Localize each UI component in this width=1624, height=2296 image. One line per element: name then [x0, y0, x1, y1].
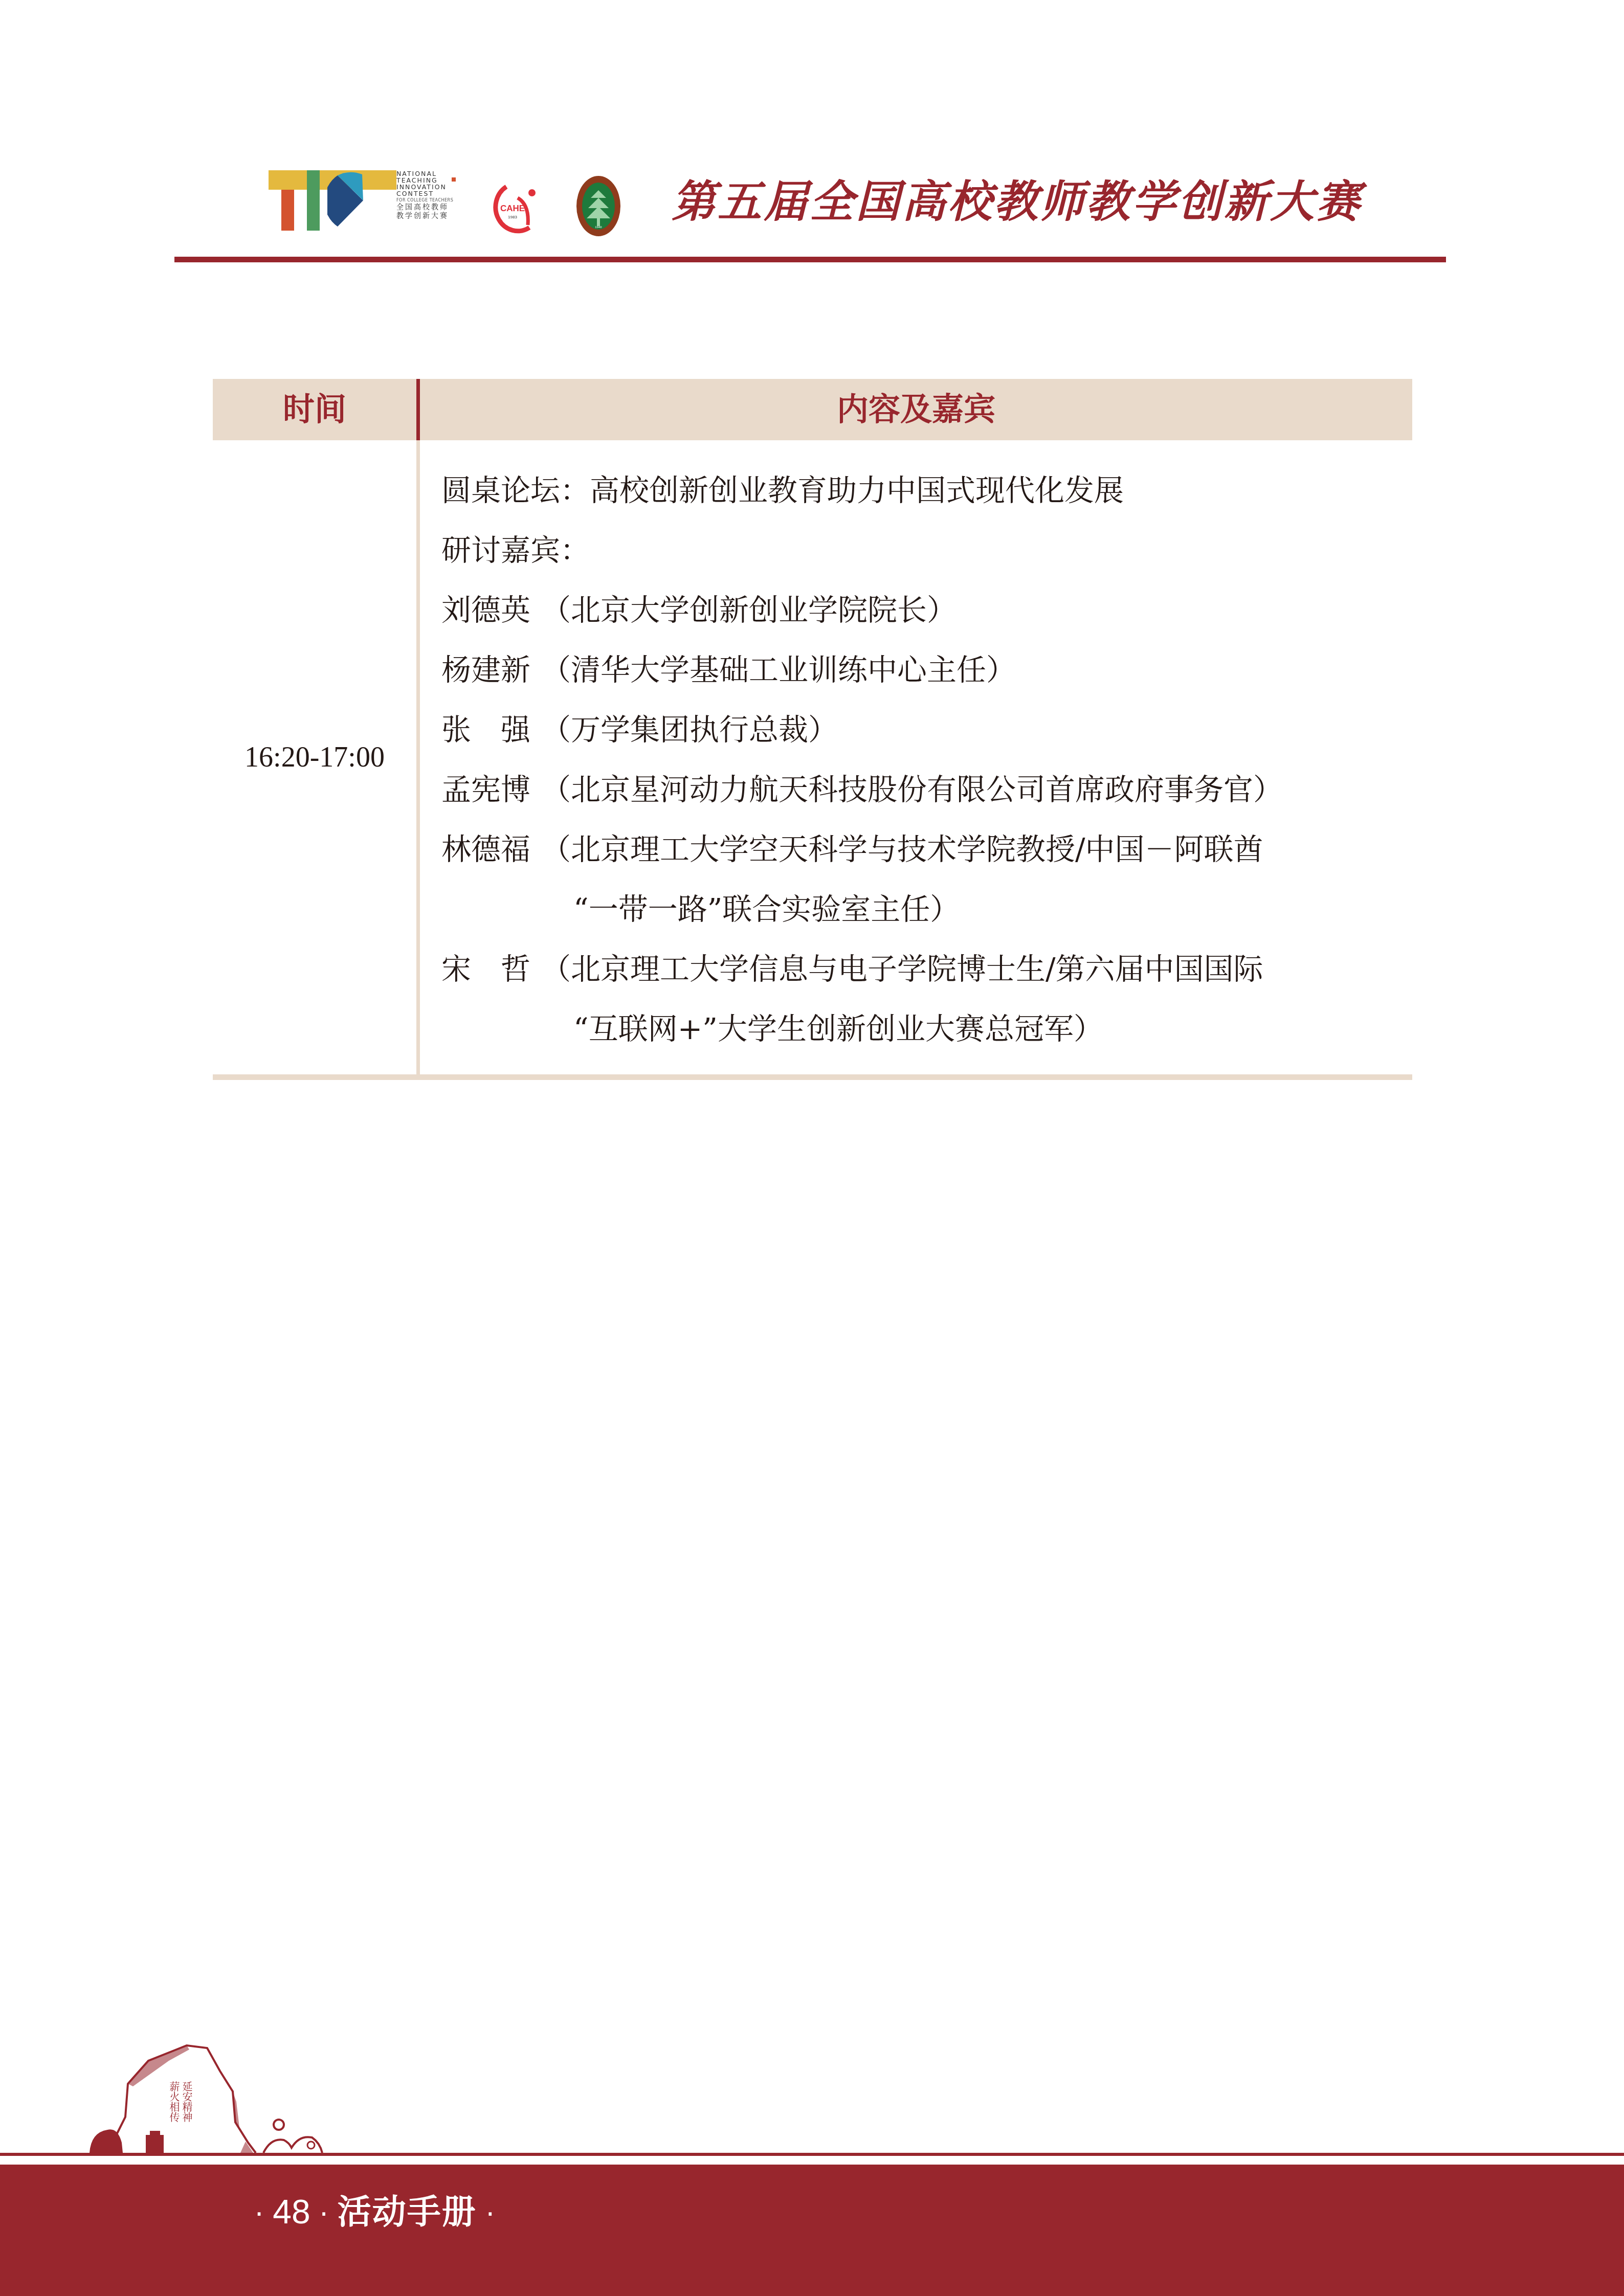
- tic-logo-orange-bar: [281, 190, 294, 231]
- svg-text:1940: 1940: [595, 226, 602, 229]
- separator-dot: ·: [310, 2198, 338, 2230]
- page-footer-label: ·48·活动手册·: [246, 2186, 504, 2237]
- svg-text:延安精神: 延安精神: [181, 2081, 193, 2122]
- tic-logo-c-shape-icon: [327, 170, 363, 231]
- time-cell: 16:20-17:00: [213, 440, 416, 1074]
- section-name: 活动手册: [338, 2192, 477, 2232]
- guest-name: 杨建新: [441, 640, 541, 700]
- yanan-pagoda-hill-illustration-icon: 延安精神 薪火相传: [51, 2040, 368, 2154]
- page-number: 48: [273, 2193, 310, 2231]
- separator-dot: ·: [477, 2198, 504, 2230]
- svg-text:薪火相传: 薪火相传: [168, 2081, 180, 2122]
- guest-role: （北京大学创新创业学院院长）: [541, 593, 956, 627]
- tic-logo-line4: CONTEST: [396, 190, 468, 197]
- guest-name: 孟宪博: [441, 760, 541, 820]
- schedule-table: 时间 内容及嘉宾 16:20-17:00 圆桌论坛：高校创新创业教育助力中国式现…: [213, 379, 1412, 1074]
- tic-logo-text: NATIONAL TEACHING INNOVATION CONTEST FOR…: [396, 170, 468, 219]
- guest-entry: 刘德英（北京大学创新创业学院院长）: [441, 580, 1412, 640]
- page-header-title: 第五届全国高校教师教学创新大赛: [672, 176, 1362, 228]
- footer-band: [0, 2165, 1624, 2296]
- footer-divider: [0, 2153, 1624, 2156]
- guest-role: （万学集团执行总裁）: [541, 712, 838, 747]
- bit-logo-icon: 1940: [575, 175, 621, 237]
- cahe-logo-icon: CAHE 1983: [481, 176, 547, 238]
- content-cell: 圆桌论坛：高校创新创业教育助力中国式现代化发展 研讨嘉宾： 刘德英（北京大学创新…: [441, 461, 1412, 1059]
- guest-entry: 林德福（北京理工大学空天科学与技术学院教授/中国－阿联酋: [441, 820, 1412, 880]
- table-header-row: 时间 内容及嘉宾: [213, 379, 1412, 440]
- svg-text:1983: 1983: [508, 215, 517, 219]
- tic-logo-cn2: 教学创新大赛: [396, 212, 468, 220]
- guest-role-continuation: “互联网+”大学生创新创业大赛总冠军）: [441, 999, 1412, 1059]
- guest-entry: 宋 哲（北京理工大学信息与电子学院博士生/第六届中国国际: [441, 939, 1412, 999]
- guest-entry: 张 强（万学集团执行总裁）: [441, 700, 1412, 760]
- guest-role: （北京理工大学信息与电子学院博士生/第六届中国国际: [541, 952, 1263, 986]
- guest-name: 宋 哲: [441, 939, 541, 999]
- header-divider: [174, 257, 1446, 262]
- guests-label: 研讨嘉宾：: [441, 521, 1412, 580]
- tic-logo-cn1: 全国高校教师: [396, 204, 468, 211]
- tic-contest-logo: NATIONAL TEACHING INNOVATION CONTEST FOR…: [269, 170, 463, 232]
- column-divider: [416, 440, 420, 1074]
- guest-entry: 孟宪博（北京星河动力航天科技股份有限公司首席政府事务官）: [441, 760, 1412, 820]
- guest-entry: 杨建新（清华大学基础工业训练中心主任）: [441, 640, 1412, 700]
- column-divider: [416, 379, 420, 440]
- svg-text:CAHE: CAHE: [500, 204, 525, 213]
- column-header-time: 时间: [213, 379, 416, 440]
- tic-logo-green-bar: [307, 170, 320, 231]
- guest-name: 林德福: [441, 820, 541, 880]
- separator-dot: ·: [246, 2198, 273, 2230]
- guest-role-continuation: “一带一路”联合实验室主任）: [441, 880, 1412, 939]
- table-bottom-rule: [213, 1074, 1412, 1080]
- forum-topic: 圆桌论坛：高校创新创业教育助力中国式现代化发展: [441, 461, 1412, 521]
- guest-name: 刘德英: [441, 580, 541, 640]
- guest-role: （清华大学基础工业训练中心主任）: [541, 652, 1016, 687]
- tic-logo-line5: FOR COLLEGE TEACHERS: [396, 198, 468, 202]
- guest-role: （北京星河动力航天科技股份有限公司首席政府事务官）: [541, 772, 1283, 807]
- guest-role: （北京理工大学空天科学与技术学院教授/中国－阿联酋: [541, 832, 1263, 867]
- column-header-content: 内容及嘉宾: [420, 379, 1412, 440]
- guest-name: 张 强: [441, 700, 541, 760]
- table-row: 16:20-17:00 圆桌论坛：高校创新创业教育助力中国式现代化发展 研讨嘉宾…: [213, 440, 1412, 1074]
